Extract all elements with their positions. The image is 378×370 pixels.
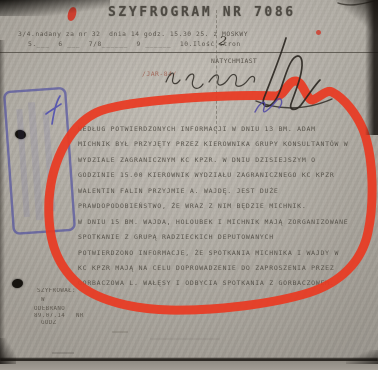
szyfrowal-label: SZYFROWAŁ:	[37, 288, 76, 294]
red-marker-speck	[316, 30, 321, 35]
scanned-document-photo: SZYFROGRAM NR 7086 3/4.nadany za nr 32 d…	[0, 0, 378, 370]
body-line: WYDZIALE ZAGRANICZNYM KC KPZR. W DNIU DZ…	[78, 153, 370, 168]
body-line: MICHNIK BYŁ PRZYJĘTY PRZEZ KIEROWNIKA GR…	[78, 137, 370, 152]
body-line: POTWIERDZONO INFORMACJE, ŻE SPOTKANIA MI…	[78, 246, 370, 261]
body-line: GORBACZOWA L. WAŁĘSY I ODBYCIA SPOTKANIA…	[78, 276, 370, 291]
body-line: GODZINIE 15.00 KIEROWNIK WYDZIAŁU ZAGRAN…	[78, 168, 370, 183]
body-line: WEDŁUG POTWIERDZONYCH INFORMACJI W DNIU …	[78, 122, 370, 137]
document-title: SZYFROGRAM NR 7086	[108, 5, 296, 20]
body-line: W DNIU 15 BM. WAJDA, HOLOUBEK I MICHNIK …	[78, 215, 370, 230]
routing-code: /JAR-84/	[142, 70, 177, 78]
body-line: SPOTKANIE Z GRUPĄ RADZIECKICH DEPUTOWANY…	[78, 230, 370, 245]
operator-initial: W	[41, 297, 45, 303]
received-date: 89.07.14	[34, 313, 65, 319]
form-dashed-column-line	[216, 10, 217, 134]
form-divider-line	[0, 52, 378, 53]
godz-label: GODZ	[41, 320, 57, 326]
body-line: PRAWDOPODOBIEŃSTWO, ŻE WRAZ Z NIM BĘDZIE…	[78, 199, 370, 214]
priority-label: NATYCHMIAST	[211, 58, 257, 65]
body-line: KC KPZR MAJĄ NA CELU DOPROWADZENIE DO ZA…	[78, 261, 370, 276]
odebrano-label: ODEBRANO	[34, 306, 65, 312]
body-line: WALENTIN FALIN PRZYJMIE A. WAJDĘ. JEST D…	[78, 184, 370, 199]
meta-line-2: 5.___ 6 ___ 7/8______ 9 ______ 10.Ilość …	[28, 41, 241, 48]
telegram-body-text: WEDŁUG POTWIERDZONYCH INFORMACJI W DNIU …	[78, 122, 370, 292]
meta-line-1: 3/4.nadany za nr 32 dnia 14 godz. 15.30 …	[18, 31, 248, 38]
surface-below-paper	[0, 361, 378, 370]
handwritten-page-count: 2	[218, 33, 228, 48]
nr-label: NR	[76, 313, 84, 319]
